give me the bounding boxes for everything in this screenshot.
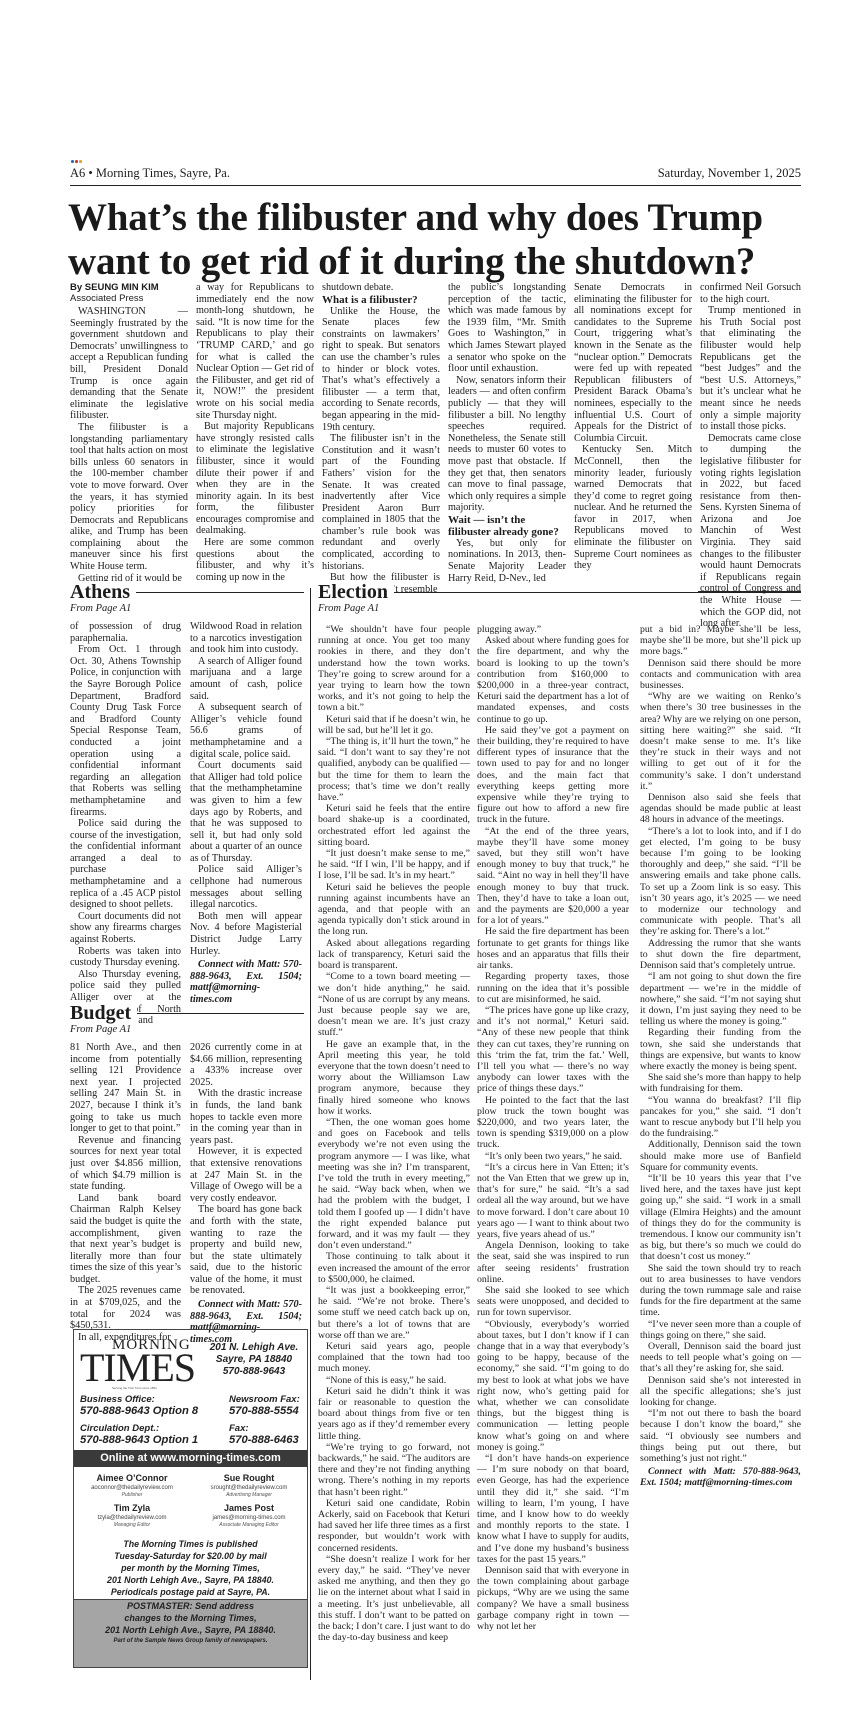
paragraph: “Why are we waiting on Renko’s when ther… xyxy=(640,691,801,792)
dot xyxy=(79,160,82,163)
author-contact: Connect with Matt: 570-888-9643, Ext. 15… xyxy=(190,959,302,1005)
paragraph: WASHINGTON — Seemingly frustrated by the… xyxy=(70,306,188,422)
article-headline: What’s the filibuster and why does Trump… xyxy=(68,196,808,284)
paragraph: Asked about where funding goes for the f… xyxy=(477,635,629,725)
newspaper-info-box: MORNING TIMES Serving the Twin Tiers sin… xyxy=(73,1329,308,1668)
contact-label: Fax: xyxy=(229,1423,299,1434)
office-address: 201 N. Lehigh Ave. Sayre, PA 18840 570-8… xyxy=(204,1342,304,1378)
logo-times: TIMES xyxy=(80,1348,195,1388)
paragraph: With the drastic increase in funds, the … xyxy=(190,1088,302,1146)
postmaster-line: 201 North Lehigh Ave., Sayre, PA 18840. xyxy=(74,1624,307,1636)
staff-email[interactable]: tzyla@thedailyreview.com xyxy=(77,1514,187,1522)
paragraph: shutdown debate. xyxy=(322,282,440,294)
paragraph: Regarding property taxes, those running … xyxy=(477,971,629,1005)
page-label: A6 • Morning Times, Sayre, Pa. xyxy=(70,166,230,181)
paragraph: Overall, Dennison said the board just ne… xyxy=(640,1341,801,1375)
paragraph: “The prices have gone up like crazy, and… xyxy=(477,1005,629,1095)
paragraph: Additionally, Dennison said the town sho… xyxy=(640,1139,801,1173)
author-contact: Connect with Matt: 570-888-9643, Ext. 15… xyxy=(640,1466,801,1488)
paragraph: “It’s only been two years,” he said. xyxy=(477,1151,629,1162)
contact-circulation: Circulation Dept.: 570-888-9643 Option 1 xyxy=(80,1423,198,1447)
budget-col-2: 2026 currently come in at $4.66 million,… xyxy=(190,1042,302,1345)
paragraph: “I don’t have hands-on experience — I’m … xyxy=(477,1453,629,1565)
paragraph: Dennison said there should be more conta… xyxy=(640,658,801,692)
paragraph: Asked about allegations regarding lack o… xyxy=(318,938,470,972)
paragraph: Keturi said he feels that the entire boa… xyxy=(318,803,470,848)
paragraph: He said the fire department has been for… xyxy=(477,926,629,971)
staff-associate-managing-editor: James Post james@morning-times.com Assoc… xyxy=(194,1503,304,1528)
paragraph: “We shouldn’t have four people running a… xyxy=(318,624,470,714)
staff-name: Sue Rought xyxy=(194,1473,304,1484)
website-link[interactable]: Online at www.morning-times.com xyxy=(74,1450,307,1467)
issue-date: Saturday, November 1, 2025 xyxy=(658,166,801,181)
paragraph: She said the town should try to reach ou… xyxy=(640,1263,801,1319)
staff-name: Aimee O’Connor xyxy=(77,1473,187,1484)
paragraph: Unlike the House, the Senate places few … xyxy=(322,306,440,434)
group-note: Part of the Sample News Group family of … xyxy=(74,1636,307,1646)
staff-role: Managing Editor xyxy=(77,1522,187,1528)
paragraph: 2026 currently come in at $4.66 million,… xyxy=(190,1042,302,1088)
paragraph: Those continuing to talk about it even i… xyxy=(318,1251,470,1285)
paragraph: “At the end of the three years, maybe th… xyxy=(477,826,629,927)
paragraph: plugging away.” xyxy=(477,624,629,635)
byline: By SEUNG MIN KIM xyxy=(70,282,188,293)
filibuster-col-3: shutdown debate. What is a filibuster? U… xyxy=(322,282,440,595)
athens-col-1: of possession of drug paraphernalia. Fro… xyxy=(70,621,181,1027)
page-header: A6 • Morning Times, Sayre, Pa. Saturday,… xyxy=(70,160,801,186)
postmaster-notice: POSTMASTER: Send address changes to the … xyxy=(74,1599,307,1667)
paragraph: She said she looked to see which seats w… xyxy=(477,1285,629,1319)
paragraph: “The thing is, it’ll hurt the town,” he … xyxy=(318,736,470,803)
staff-email[interactable]: aoconnor@thedailyreview.com xyxy=(77,1484,187,1492)
section-header-athens: Athens xyxy=(70,581,304,605)
staff-email[interactable]: srought@thedailyreview.com xyxy=(194,1484,304,1492)
paragraph: From Oct. 1 through Oct. 30, Athens Town… xyxy=(70,644,181,818)
color-dots-icon xyxy=(71,160,83,163)
paragraph: “Then, the one woman goes home and goes … xyxy=(318,1117,470,1251)
paragraph: Here are some common questions about the… xyxy=(196,537,314,583)
note-line: per month by the Morning Times, xyxy=(74,1562,307,1574)
paragraph: “Come to a town board meeting — we don’t… xyxy=(318,971,470,1038)
paragraph: “I am not going to shut down the fire de… xyxy=(640,971,801,1027)
paragraph: The filibuster is a longstanding parliam… xyxy=(70,422,188,573)
paragraph: “I’m not out there to bash the board bec… xyxy=(640,1408,801,1464)
morning-times-logo: MORNING TIMES Serving the Twin Tiers sin… xyxy=(80,1336,198,1388)
section-title: Budget xyxy=(70,1002,137,1024)
note-line: The Morning Times is published xyxy=(74,1538,307,1550)
contact-business-office: Business Office: 570-888-9643 Option 8 xyxy=(80,1394,198,1418)
contact-value: 570-888-5554 xyxy=(229,1405,300,1418)
paragraph: Keturi said he believes the people runni… xyxy=(318,882,470,938)
note-line: Tuesday-Saturday for $20.00 by mail xyxy=(74,1550,307,1562)
section-header-budget: Budget xyxy=(70,1002,304,1026)
address-line: 201 N. Lehigh Ave. xyxy=(204,1342,304,1354)
postmaster-line: changes to the Morning Times, xyxy=(74,1612,307,1624)
paragraph: Addressing the rumor that she wants to s… xyxy=(640,938,801,972)
paragraph: a way for Republicans to immediately end… xyxy=(196,282,314,421)
paragraph: Regarding their funding from the town, s… xyxy=(640,1027,801,1072)
jump-line: From Page A1 xyxy=(70,1024,131,1035)
paragraph: “We’re trying to go forward, not backwar… xyxy=(318,1442,470,1498)
paragraph: Court documents said that Alliger had to… xyxy=(190,760,302,864)
subhead: What is a filibuster? xyxy=(322,294,440,306)
section-title: Election xyxy=(318,581,394,603)
paragraph: But majority Republicans have strongly r… xyxy=(196,421,314,537)
contact-label: Business Office: xyxy=(80,1394,198,1405)
paragraph: “It’s a circus here in Van Etten; it’s n… xyxy=(477,1162,629,1240)
address-line: Sayre, PA 18840 xyxy=(204,1354,304,1366)
address-line: 570-888-9643 xyxy=(204,1366,304,1378)
paragraph: Dennison said that with everyone in the … xyxy=(477,1565,629,1632)
dot xyxy=(75,160,78,163)
section-title: Athens xyxy=(70,581,136,603)
postmaster-line: POSTMASTER: Send address xyxy=(74,1600,307,1612)
staff-name: James Post xyxy=(194,1503,304,1514)
contact-value: 570-888-9643 Option 8 xyxy=(80,1405,198,1418)
paragraph: “It just doesn’t make sense to me,” he s… xyxy=(318,848,470,882)
paragraph: The 2025 revenues came in at $709,025, a… xyxy=(70,1285,181,1331)
paragraph: “It’ll be 10 years this year that I’ve l… xyxy=(640,1173,801,1263)
staff-role: Publisher xyxy=(77,1492,187,1498)
column-divider xyxy=(310,588,311,1680)
paragraph: Revenue and financing sources for next y… xyxy=(70,1135,181,1193)
paragraph: Keturi said one candidate, Robin Ackerly… xyxy=(318,1498,470,1554)
paragraph: A subsequent search of Alliger’s vehicle… xyxy=(190,702,302,760)
agency: Associated Press xyxy=(70,293,188,304)
contact-label: Circulation Dept.: xyxy=(80,1423,198,1434)
paragraph: Police said Alliger’s cellphone had nume… xyxy=(190,864,302,910)
paragraph: of possession of drug paraphernalia. xyxy=(70,621,181,644)
paragraph: “It was just a bookkeeping error,” he sa… xyxy=(318,1285,470,1341)
paragraph: “You wanna do breakfast? I’ll flip panca… xyxy=(640,1095,801,1140)
paragraph: the public’s longstanding perception of … xyxy=(448,282,566,375)
paragraph: confirmed Neil Gorsuch to the high court… xyxy=(700,282,801,305)
paragraph: A search of Alliger found marijuana and … xyxy=(190,656,302,702)
paragraph: Senate Democrats in eliminating the fili… xyxy=(574,282,692,444)
paragraph: “None of this is easy,” he said. xyxy=(318,1375,470,1386)
paragraph: Keturi said that if he doesn’t win, he w… xyxy=(318,714,470,736)
dot xyxy=(71,160,74,163)
paragraph: Angela Dennison, looking to take the sea… xyxy=(477,1240,629,1285)
paragraph: “Obviously, everybody’s worried about ta… xyxy=(477,1319,629,1453)
budget-col-1: 81 North Ave., and then income from pote… xyxy=(70,1042,181,1343)
paragraph: “She doesn’t realize I work for her ever… xyxy=(318,1554,470,1644)
filibuster-col-6: confirmed Neil Gorsuch to the high court… xyxy=(700,282,801,630)
staff-advertising-manager: Sue Rought srought@thedailyreview.com Ad… xyxy=(194,1473,304,1498)
paragraph: Dennison also said she feels that agenda… xyxy=(640,792,801,826)
paragraph: “I’ve never seen more than a couple of t… xyxy=(640,1319,801,1341)
contact-value: 570-888-9643 Option 1 xyxy=(80,1434,198,1447)
paragraph: Roberts was taken into custody Thursday … xyxy=(70,946,181,969)
contact-newsroom-fax: Newsroom Fax: 570-888-5554 xyxy=(229,1394,300,1418)
paragraph: Yes, but only for nominations. In 2013, … xyxy=(448,538,566,584)
jump-line: From Page A1 xyxy=(70,603,131,614)
staff-managing-editor: Tim Zyla tzyla@thedailyreview.com Managi… xyxy=(77,1503,187,1528)
election-col-2: plugging away.” Asked about where fundin… xyxy=(477,624,629,1632)
filibuster-col-5: Senate Democrats in eliminating the fili… xyxy=(574,282,692,572)
election-col-3: put a bid in? Maybe she’ll be less, mayb… xyxy=(640,624,801,1489)
staff-role: Associate Managing Editor xyxy=(194,1522,304,1528)
note-line: 201 North Lehigh Ave., Sayre, PA 18840. xyxy=(74,1574,307,1586)
contact-label: Newsroom Fax: xyxy=(229,1394,300,1405)
staff-name: Tim Zyla xyxy=(77,1503,187,1514)
filibuster-col-4: the public’s longstanding perception of … xyxy=(448,282,566,584)
note-line: Periodicals postage paid at Sayre, PA. xyxy=(74,1586,307,1598)
paragraph: Wildwood Road in relation to a narcotics… xyxy=(190,621,302,656)
paragraph: Dennison said she’s not interested in al… xyxy=(640,1375,801,1409)
staff-role: Advertising Manager xyxy=(194,1492,304,1498)
paragraph: However, it is expected that extensive r… xyxy=(190,1146,302,1204)
logo-tagline: Serving the Twin Tiers since 1891 xyxy=(112,1386,157,1390)
filibuster-col-2: a way for Republicans to immediately end… xyxy=(196,282,314,583)
paragraph: Keturi said he didn’t think it was fair … xyxy=(318,1386,470,1442)
contact-value: 570-888-6463 xyxy=(229,1434,299,1447)
paragraph: He said they’ve got a payment on their b… xyxy=(477,725,629,826)
jump-line: From Page A1 xyxy=(318,603,379,614)
filibuster-col-1: By SEUNG MIN KIM Associated Press WASHIN… xyxy=(70,282,188,584)
paragraph: put a bid in? Maybe she’ll be less, mayb… xyxy=(640,624,801,658)
paragraph: She said she’s more than happy to help w… xyxy=(640,1072,801,1094)
paragraph: He pointed to the fact that the last plo… xyxy=(477,1095,629,1151)
paragraph: Keturi said years ago, people complained… xyxy=(318,1341,470,1375)
paragraph: Police said during the course of the inv… xyxy=(70,818,181,911)
paragraph: He gave an example that, in the April me… xyxy=(318,1039,470,1117)
athens-col-2: Wildwood Road in relation to a narcotics… xyxy=(190,621,302,1006)
paragraph: The filibuster isn’t in the Constitution… xyxy=(322,433,440,572)
paragraph: “There’s a lot to look into, and if I do… xyxy=(640,826,801,938)
staff-email[interactable]: james@morning-times.com xyxy=(194,1514,304,1522)
paragraph: Trump mentioned in his Truth Social post… xyxy=(700,305,801,433)
paragraph: Court documents did not show any firearm… xyxy=(70,911,181,946)
staff-publisher: Aimee O’Connor aoconnor@thedailyreview.c… xyxy=(77,1473,187,1498)
paragraph: Land bank board Chairman Ralph Kelsey sa… xyxy=(70,1193,181,1286)
paragraph: Kentucky Sen. Mitch McConnell, then the … xyxy=(574,444,692,572)
paragraph: Now, senators inform their leaders — and… xyxy=(448,375,566,514)
paragraph: Both men will appear Nov. 4 before Magis… xyxy=(190,911,302,957)
publication-note: The Morning Times is published Tuesday-S… xyxy=(74,1538,307,1598)
subhead: Wait — isn’t the filibuster already gone… xyxy=(448,514,566,538)
paragraph: The board has gone back and forth with t… xyxy=(190,1204,302,1297)
section-header-election: Election xyxy=(318,581,801,605)
contact-fax: Fax: 570-888-6463 xyxy=(229,1423,299,1447)
paragraph: 81 North Ave., and then income from pote… xyxy=(70,1042,181,1135)
election-col-1: “We shouldn’t have four people running a… xyxy=(318,624,470,1643)
